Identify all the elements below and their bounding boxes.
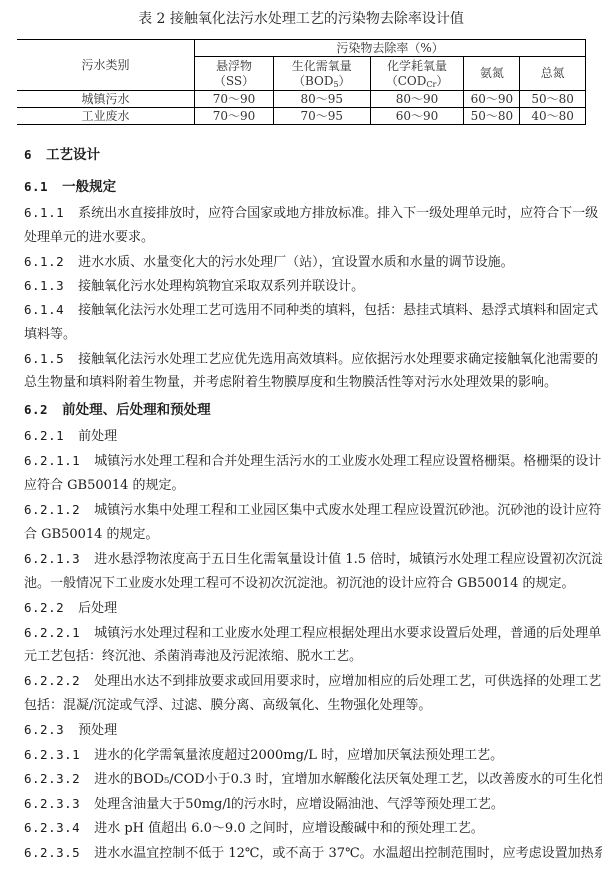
column-header-ss: 悬浮物 （SS） xyxy=(195,57,274,91)
paragraph-line: 6.1.3接触氧化污水处理构筑物宜采取双系列并联设计。 xyxy=(24,277,586,296)
clause-text: 应符合 GB50014 的规定。 xyxy=(24,478,185,493)
column-header-total-nitrogen: 总氮 xyxy=(520,57,586,91)
clause-number: 6.1.5 xyxy=(24,351,64,366)
paragraph-line: 6.2.3.2进水的BOD₅/COD小于0.3 时，宜增加水解酸化法厌氧处理工艺… xyxy=(24,770,586,789)
table-row: 城镇污水 70～90 80～95 80～90 60～90 50～80 xyxy=(17,91,586,108)
clause-text: 处理含油量大于50mg/l的污水时，应增设隔油池、气浮等预处理工艺。 xyxy=(94,797,504,812)
clause-text: 城镇污水集中处理工程和工业园区集中式废水处理工程应设置沉砂池。沉砂池的设计应符 xyxy=(94,503,601,518)
clause-number: 6.2.1 xyxy=(24,428,64,443)
clause-text: 进水悬浮物浓度高于五日生化需氧量设计值 1.5 倍时，城镇污水处理工程应设置初次… xyxy=(94,552,602,567)
clause-text: 进水的BOD₅/COD小于0.3 时，宜增加水解酸化法厌氧处理工艺，以改善废水的… xyxy=(94,772,602,787)
clause-number: 6.2.1.1 xyxy=(24,453,80,468)
table-cell: 70～90 xyxy=(195,108,274,125)
clause-text: 城镇污水处理过程和工业废水处理工程应根据处理出水要求设置后处理，普通的后处理单 xyxy=(94,626,601,641)
paragraph-line: 元工艺包括：终沉池、杀菌消毒池及污泥浓缩、脱水工艺。 xyxy=(24,648,586,666)
section-heading: 6.1一般规定 xyxy=(24,178,586,196)
paragraph-line: 6.2.1.3进水悬浮物浓度高于五日生化需氧量设计值 1.5 倍时，城镇污水处理… xyxy=(24,550,586,569)
column-header-cod: 化学耗氧量 （CODCr） xyxy=(370,57,464,91)
clause-text: 进水 pH 值超出 6.0～9.0 之间时，应增设酸碱中和的预处理工艺。 xyxy=(94,821,484,836)
paragraph-line: 6.2.3.5进水水温宜控制不低于 12℃，或不高于 37℃。水温超出控制范围时… xyxy=(24,844,586,863)
table-cell: 60～90 xyxy=(464,91,520,108)
paragraph-line: 应符合 GB50014 的规定。 xyxy=(24,477,586,495)
paragraph-line: 6.2.3.4进水 pH 值超出 6.0～9.0 之间时，应增设酸碱中和的预处理… xyxy=(24,819,586,838)
clause-text: 包括：混凝/沉淀或气浮、过滤、膜分离、高级氧化、生物强化处理等。 xyxy=(24,698,431,713)
clause-text: 一般规定 xyxy=(62,179,116,195)
clause-text: 进水水温宜控制不低于 12℃，或不高于 37℃。水温超出控制范围时，应考虑设置加… xyxy=(94,846,602,861)
row-category: 工业废水 xyxy=(17,108,195,125)
removal-rate-table: 污水类别 污染物去除率（%） 悬浮物 （SS） 生化需氧量 （BOD5） 化学耗… xyxy=(17,39,586,125)
paragraph-line: 6.2.1.1城镇污水处理工程和合并处理生活污水的工业废水处理工程应设置格栅渠。… xyxy=(24,452,586,471)
clause-text: 预处理 xyxy=(78,723,117,738)
paragraph-line: 池。一般情况下工业废水处理工程可不设初次沉淀池。初沉池的设计应符合 GB5001… xyxy=(24,575,586,593)
clause-number: 6.2.2.2 xyxy=(24,673,80,688)
clause-text: 进水的化学需氧量浓度超过2000mg/L 时，应增加厌氧法预处理工艺。 xyxy=(94,748,503,763)
paragraph-line: 6.1.4接触氧化法污水处理工艺可选用不同种类的填料，包括：悬挂式填料、悬浮式填… xyxy=(24,301,586,320)
group-header-cell: 污染物去除率（%） xyxy=(195,40,586,57)
clause-text: 元工艺包括：终沉池、杀菌消毒池及污泥浓缩、脱水工艺。 xyxy=(24,649,362,664)
clause-text: 接触氧化法污水处理工艺应优先选用高效填料。应依据污水处理要求确定接触氧化池需要的 xyxy=(78,352,598,367)
clause-text: 工艺设计 xyxy=(46,147,100,163)
clause-number: 6.2.3.4 xyxy=(24,820,80,835)
table-caption: 表 2 接触氧化法污水处理工艺的污染物去除率设计值 xyxy=(0,9,602,29)
paragraph-line: 6.1.1系统出水直接排放时，应符合国家或地方排放标准。排入下一级处理单元时，应… xyxy=(24,204,586,223)
table-cell: 50～80 xyxy=(520,91,586,108)
table-row: 工业废水 70～90 70～95 60～90 50～80 40～80 xyxy=(17,108,586,125)
table-cell: 60～90 xyxy=(370,108,464,125)
clause-text: 后处理 xyxy=(78,601,117,616)
clause-number: 6.2.3.3 xyxy=(24,796,80,811)
table-cell: 40～80 xyxy=(520,108,586,125)
paragraph-line: 6.2.1前处理 xyxy=(24,427,586,446)
column-header-bod: 生化需氧量 （BOD5） xyxy=(273,57,370,91)
clause-text: 接触氧化法污水处理工艺可选用不同种类的填料，包括：悬挂式填料、悬浮式填料和固定式 xyxy=(78,303,598,318)
paragraph-line: 合 GB50014 的规定。 xyxy=(24,526,586,544)
paragraph-line: 6.2.2后处理 xyxy=(24,599,586,618)
clause-text: 处理单元的进水要求。 xyxy=(24,230,154,245)
clause-number: 6.1.4 xyxy=(24,302,64,317)
paragraph-line: 6.2.2.2处理出水达不到排放要求或回用要求时，应增加相应的后处理工艺，可供选… xyxy=(24,672,586,691)
table-cell: 50～80 xyxy=(464,108,520,125)
clause-number: 6.2 xyxy=(24,402,48,417)
column-header-ammonia: 氨氮 xyxy=(464,57,520,91)
paragraph-line: 6.1.5接触氧化法污水处理工艺应优先选用高效填料。应依据污水处理要求确定接触氧… xyxy=(24,350,586,369)
paragraph-line: 包括：混凝/沉淀或气浮、过滤、膜分离、高级氧化、生物强化处理等。 xyxy=(24,697,586,715)
clause-number: 6.2.2 xyxy=(24,600,64,615)
table-cell: 70～90 xyxy=(195,91,274,108)
clause-number: 6.2.1.3 xyxy=(24,551,80,566)
clause-number: 6.1.1 xyxy=(24,205,64,220)
clause-number: 6.1.2 xyxy=(24,254,64,269)
clause-text: 前处理、后处理和预处理 xyxy=(62,402,211,418)
clause-number: 6.2.3 xyxy=(24,722,64,737)
paragraph-line: 6.2.3.3处理含油量大于50mg/l的污水时，应增设隔油池、气浮等预处理工艺… xyxy=(24,795,586,814)
paragraph-line: 6.2.3.1进水的化学需氧量浓度超过2000mg/L 时，应增加厌氧法预处理工… xyxy=(24,746,586,765)
clause-text: 总生物量和填料附着生物量，并考虑附着生物膜厚度和生物膜活性等对污水处理效果的影响… xyxy=(24,375,557,390)
clause-text: 填料等。 xyxy=(24,327,76,342)
paragraph-line: 6.2.1.2城镇污水集中处理工程和工业园区集中式废水处理工程应设置沉砂池。沉砂… xyxy=(24,501,586,520)
clause-number: 6.2.3.5 xyxy=(24,845,80,860)
clause-number: 6.2.3.1 xyxy=(24,747,80,762)
paragraph-line: 6.2.2.1城镇污水处理过程和工业废水处理工程应根据处理出水要求设置后处理，普… xyxy=(24,624,586,643)
paragraph-line: 总生物量和填料附着生物量，并考虑附着生物膜厚度和生物膜活性等对污水处理效果的影响… xyxy=(24,374,586,392)
clause-number: 6.2.2.1 xyxy=(24,625,80,640)
row-header-cell: 污水类别 xyxy=(17,40,195,91)
clause-number: 6.1 xyxy=(24,179,48,194)
clause-number: 6.2.1.2 xyxy=(24,502,80,517)
clause-text: 接触氧化污水处理构筑物宜采取双系列并联设计。 xyxy=(78,279,364,294)
clause-number: 6 xyxy=(24,147,32,162)
clause-text: 城镇污水处理工程和合并处理生活污水的工业废水处理工程应设置格栅渠。格栅渠的设计 xyxy=(94,454,601,469)
paragraph-line: 6.2.3预处理 xyxy=(24,721,586,740)
row-category: 城镇污水 xyxy=(17,91,195,108)
table-cell: 70～95 xyxy=(273,108,370,125)
section-heading: 6工艺设计 xyxy=(24,146,586,164)
paragraph-line: 处理单元的进水要求。 xyxy=(24,229,586,247)
paragraph-line: 填料等。 xyxy=(24,326,586,344)
clause-text: 前处理 xyxy=(78,429,117,444)
clause-text: 系统出水直接排放时，应符合国家或地方排放标准。排入下一级处理单元时，应符合下一级 xyxy=(78,206,598,221)
section-heading: 6.2前处理、后处理和预处理 xyxy=(24,401,586,419)
clause-text: 池。一般情况下工业废水处理工程可不设初次沉淀池。初沉池的设计应符合 GB5001… xyxy=(24,576,575,591)
clause-text: 进水水质、水量变化大的污水处理厂（站），宜设置水质和水量的调节设施。 xyxy=(78,255,514,270)
clause-number: 6.1.3 xyxy=(24,278,64,293)
table-cell: 80～95 xyxy=(273,91,370,108)
table-cell: 80～90 xyxy=(370,91,464,108)
paragraph-line: 6.1.2进水水质、水量变化大的污水处理厂（站），宜设置水质和水量的调节设施。 xyxy=(24,253,586,272)
clause-text: 处理出水达不到排放要求或回用要求时，应增加相应的后处理工艺，可供选择的处理工艺 xyxy=(94,674,601,689)
clause-number: 6.2.3.2 xyxy=(24,771,80,786)
clause-text: 合 GB50014 的规定。 xyxy=(24,527,159,542)
